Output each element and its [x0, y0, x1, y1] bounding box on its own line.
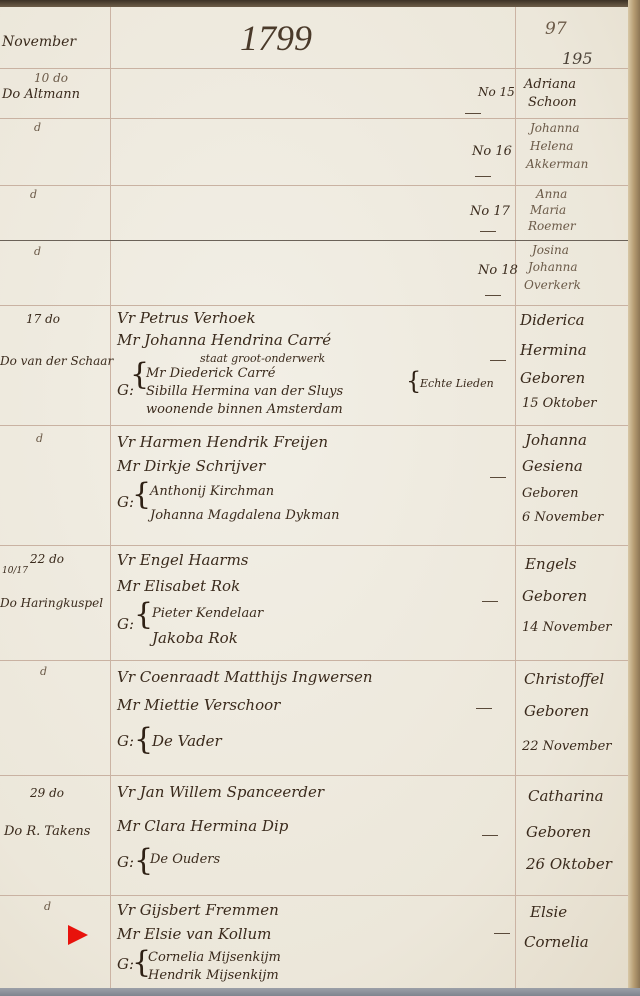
- minister-name: Do Altmann: [2, 88, 80, 101]
- register-entry: 22 do 10/17 Do Haringkuspel Vr Engel Haa…: [0, 545, 628, 660]
- witness-name: De Ouders: [150, 853, 220, 866]
- witness-name: Sibilla Hermina van der Sluys: [146, 385, 343, 398]
- witness-note: Echte Lieden: [420, 378, 494, 389]
- note-brace: {: [406, 367, 421, 395]
- child-name-line: Anna: [536, 188, 567, 200]
- register-entry: d No 16 Johanna Helena Akkerman: [0, 118, 628, 185]
- child-name-line: Engels: [525, 557, 577, 572]
- dash-mark: [494, 933, 510, 934]
- birth-date: 26 Oktober: [526, 857, 612, 872]
- birth-label: Geboren: [520, 371, 585, 386]
- minister-name: Do Haringkuspel: [0, 597, 103, 609]
- mother-name: Mr Clara Hermina Dip: [117, 819, 288, 834]
- dash-mark: [475, 176, 491, 177]
- child-name-line: Cornelia: [524, 935, 589, 950]
- birth-label: Geboren: [524, 704, 589, 719]
- father-name: Vr Jan Willem Spanceerder: [117, 785, 324, 800]
- child-name-line: Johanna: [530, 122, 580, 134]
- old-page-number: 97: [545, 21, 567, 38]
- folio-number: 195: [562, 51, 593, 67]
- entry-date: 29 do: [30, 787, 64, 799]
- entry-date: 17 do: [26, 313, 60, 325]
- witness-name: Anthonij Kirchman: [150, 485, 274, 498]
- birth-date: 22 November: [522, 740, 611, 753]
- child-name-line: Akkerman: [526, 158, 588, 170]
- mother-name: Mr Elsie van Kollum: [117, 927, 271, 942]
- birth-date: 15 Oktober: [522, 397, 597, 410]
- child-name-line: Johanna: [528, 261, 578, 273]
- entry-date: d: [36, 433, 43, 444]
- father-name: Vr Gijsbert Fremmen: [117, 903, 279, 918]
- entry-date: d: [34, 246, 41, 257]
- witness-brace: {: [134, 722, 153, 757]
- year-heading: 1799: [240, 17, 312, 59]
- witness-name: Hendrik Mijsenkijm: [148, 969, 279, 982]
- mother-name: Mr Elisabet Rok: [117, 579, 240, 594]
- child-name-line: Helena: [530, 140, 573, 152]
- father-name: Vr Coenraadt Matthijs Ingwersen: [117, 670, 373, 685]
- child-name-line: Catharina: [528, 789, 604, 804]
- witness-label: G:: [117, 855, 134, 870]
- father-name: Vr Petrus Verhoek: [117, 311, 256, 326]
- child-name-line: Elsie: [530, 905, 567, 920]
- birth-label: Geboren: [526, 825, 591, 840]
- entry-date: 22 do: [30, 553, 64, 565]
- witness-name: De Vader: [152, 734, 222, 749]
- minister-name: Do van der Schaar: [0, 355, 113, 367]
- birth-date: 6 November: [522, 511, 603, 524]
- mother-name: Mr Miettie Verschoor: [117, 698, 280, 713]
- child-name-line: Schoon: [528, 96, 577, 109]
- mother-name: Mr Johanna Hendrina Carré: [117, 333, 331, 348]
- month-heading: November: [2, 35, 76, 49]
- dash-mark: [482, 601, 498, 602]
- child-name-line: Josina: [532, 244, 569, 256]
- mother-name: Mr Dirkje Schrijver: [117, 459, 265, 474]
- register-number: No 15: [478, 86, 515, 98]
- dash-mark: [490, 360, 506, 361]
- child-name-line: Diderica: [520, 313, 585, 328]
- dash-mark: [476, 708, 492, 709]
- book-top-edge: [0, 0, 640, 7]
- dash-mark: [465, 113, 481, 114]
- register-entry: 29 do Do R. Takens Vr Jan Willem Spancee…: [0, 775, 628, 895]
- dash-mark: [490, 477, 506, 478]
- witness-label: G:: [117, 617, 134, 632]
- witness-label: G:: [117, 734, 134, 749]
- father-name: Vr Harmen Hendrik Freijen: [117, 435, 328, 450]
- witness-name: woonende binnen Amsterdam: [146, 403, 343, 416]
- birth-label: Geboren: [522, 487, 579, 500]
- register-entry: d No 17 Anna Maria Roemer: [0, 185, 628, 240]
- child-name-line: Overkerk: [524, 279, 581, 291]
- register-entry: d Vr Coenraadt Matthijs Ingwersen Mr Mie…: [0, 660, 628, 775]
- child-name-line: Gesiena: [522, 459, 583, 474]
- register-entry: 10 do Do Altmann No 15 Adriana Schoon: [0, 68, 628, 118]
- register-number: No 16: [472, 145, 512, 158]
- witness-brace: {: [132, 477, 151, 512]
- register-entry: d Vr Harmen Hendrik Freijen Mr Dirkje Sc…: [0, 425, 628, 545]
- witness-brace: {: [134, 597, 153, 632]
- witness-name: Johanna Magdalena Dykman: [150, 509, 339, 522]
- birth-date: 14 November: [522, 621, 611, 634]
- red-triangle-pointer-icon: [68, 925, 88, 945]
- witness-name: Cornelia Mijsenkijm: [148, 951, 281, 964]
- witness-name: Mr Diederick Carré: [146, 367, 275, 380]
- entry-date: 10 do: [34, 72, 68, 84]
- ledger-page: November 1799 97 195 10 do Do Altmann No…: [0, 7, 628, 988]
- child-name-line: Hermina: [520, 343, 587, 358]
- margin-note: 10/17: [2, 567, 28, 576]
- child-name-line: Roemer: [528, 220, 576, 232]
- register-number: No 18: [478, 264, 518, 277]
- register-entry: d No 18 Josina Johanna Overkerk: [0, 240, 628, 305]
- entry-date: d: [44, 901, 51, 912]
- witness-name: Jakoba Rok: [152, 631, 238, 646]
- minister-name: Do R. Takens: [4, 825, 90, 838]
- book-bottom-edge: [0, 988, 640, 996]
- child-name-line: Maria: [530, 204, 566, 216]
- father-name: Vr Engel Haarms: [117, 553, 248, 568]
- dash-mark: [485, 295, 501, 296]
- child-name-line: Johanna: [525, 433, 587, 448]
- dash-mark: [482, 835, 498, 836]
- book-spine-edge: [628, 0, 640, 996]
- mother-note: staat groot-onderwerk: [200, 353, 325, 364]
- dash-mark: [480, 231, 496, 232]
- register-entry: d Vr Gijsbert Fremmen Mr Elsie van Kollu…: [0, 895, 628, 988]
- witness-name: Pieter Kendelaar: [152, 607, 263, 620]
- register-number: No 17: [470, 205, 510, 218]
- entry-date: d: [34, 122, 41, 133]
- entry-date: d: [30, 189, 37, 200]
- child-name-line: Christoffel: [524, 672, 604, 687]
- birth-label: Geboren: [522, 589, 587, 604]
- entry-date: d: [40, 666, 47, 677]
- child-name-line: Adriana: [524, 78, 576, 91]
- register-entry: 17 do Do van der Schaar Vr Petrus Verhoe…: [0, 305, 628, 425]
